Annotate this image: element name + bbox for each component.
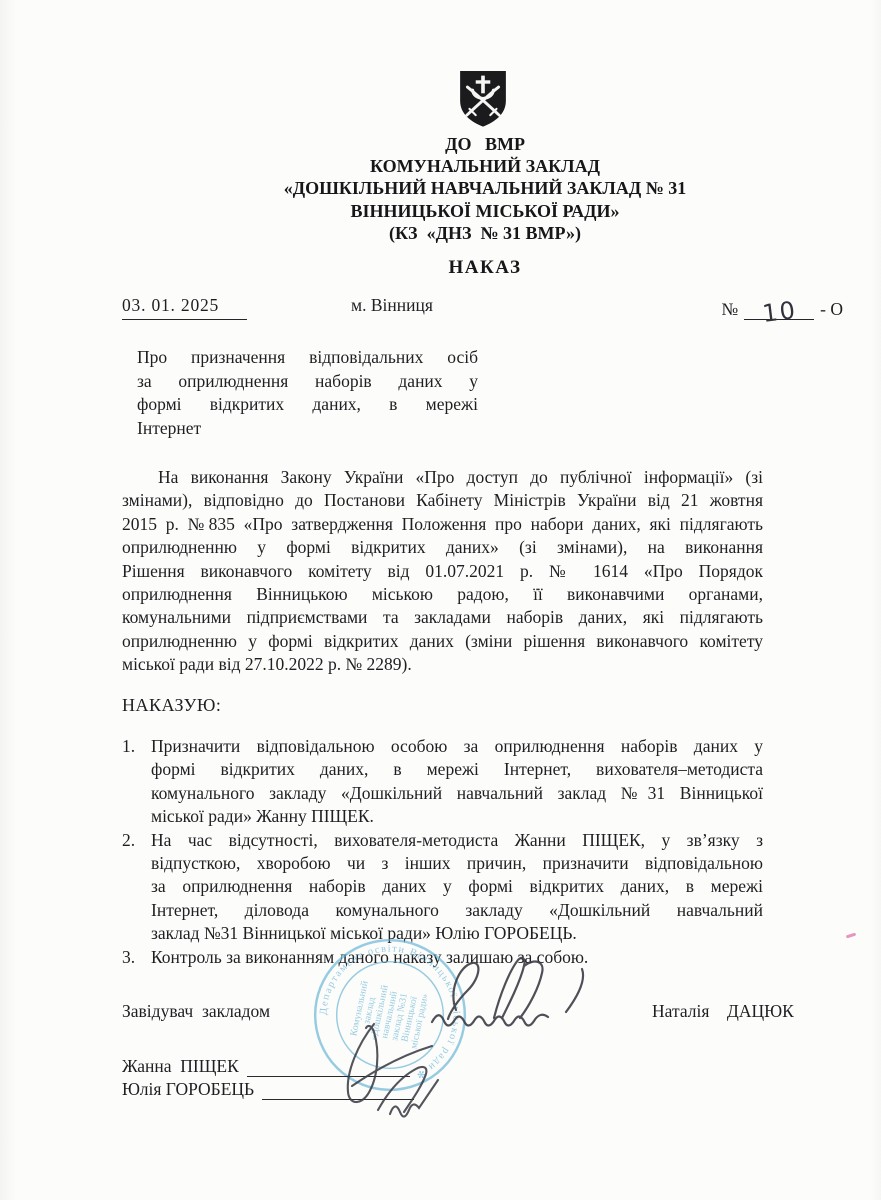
order-item-1: 1. Призначити відповідальною особою за о… — [122, 735, 763, 829]
preamble-paragraph: На виконання Закону України «Про доступ … — [122, 466, 763, 677]
director-signature-row: Завідувач закладом Наталія ДАЦЮК — [122, 1001, 822, 1022]
number-sign: № — [721, 299, 738, 319]
order-number: №10- О — [721, 295, 843, 320]
item-number: 1. — [122, 735, 151, 829]
number-blank-line: 10 — [744, 295, 814, 320]
responsible-name-2: Юлія ГОРОБЕЦЬ — [122, 1079, 254, 1099]
order-subject: Про призначення відповідальних осібза оп… — [137, 346, 478, 440]
order-meta-row: 03. 01. 2025 м. Вінниця №10- О — [122, 295, 843, 325]
order-date: 03. 01. 2025 — [122, 295, 247, 320]
addressee: ДО ВМР — [125, 133, 845, 155]
responsible-signature-row-1: Жанна ПІЩЕК — [122, 1056, 410, 1077]
order-place: м. Вінниця — [351, 295, 433, 316]
letterhead: ДО ВМР КОМУНАЛЬНИЙ ЗАКЛАД«ДОШКІЛЬНИЙ НАВ… — [125, 133, 845, 279]
item-text: На час відсутності, вихователя-методиста… — [151, 829, 763, 946]
item-number: 2. — [122, 829, 151, 946]
responsible-name-1: Жанна ПІЩЕК — [122, 1056, 239, 1076]
organization-name: КОМУНАЛЬНИЙ ЗАКЛАД«ДОШКІЛЬНИЙ НАВЧАЛЬНИЙ… — [125, 155, 845, 244]
order-item-2: 2. На час відсутності, вихователя-методи… — [122, 829, 763, 946]
order-keyword: НАКАЗУЮ: — [122, 695, 221, 716]
scanned-order-document: ДО ВМР КОМУНАЛЬНИЙ ЗАКЛАД«ДОШКІЛЬНИЙ НАВ… — [0, 0, 881, 1200]
document-type-title: НАКАЗ — [125, 257, 845, 279]
responsible-signature-row-2: Юлія ГОРОБЕЦЬ — [122, 1079, 414, 1100]
vinnytsia-coat-of-arms-icon — [457, 69, 509, 128]
number-suffix: - О — [820, 299, 843, 319]
signature-line-1 — [247, 1059, 410, 1077]
signature-line-2 — [262, 1082, 414, 1100]
item-number: 3. — [122, 946, 151, 969]
signer-title: Завідувач закладом — [122, 1001, 270, 1021]
item-text: Призначити відповідальною особою за опри… — [151, 735, 763, 829]
director-name: Наталія ДАЦЮК — [652, 1001, 794, 1022]
handwritten-number: 10 — [761, 296, 799, 328]
scan-artifact-mark — [846, 933, 856, 939]
